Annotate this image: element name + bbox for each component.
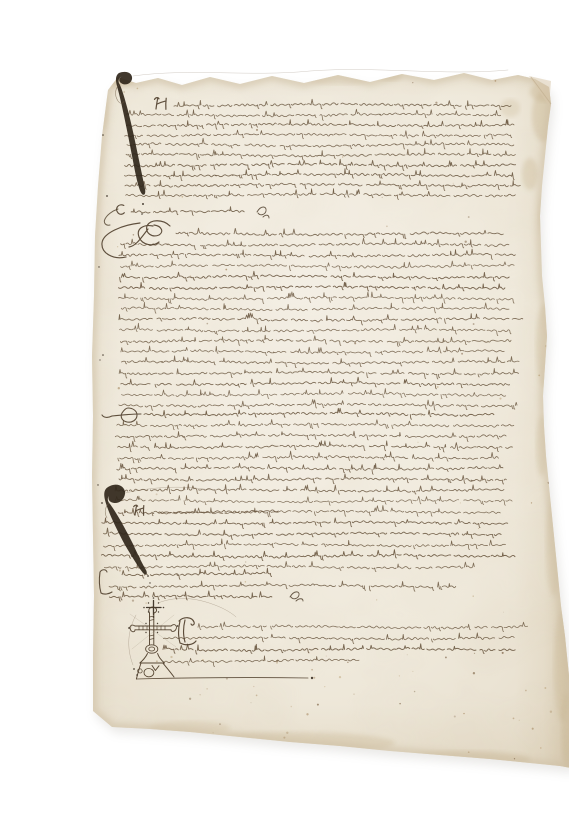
ink-dot-27	[99, 359, 100, 360]
ink-dot-14	[158, 611, 159, 612]
foxing-speck	[531, 502, 532, 503]
foxing-speck	[414, 691, 416, 693]
foxing-speck	[435, 102, 437, 104]
foxing-speck	[156, 493, 158, 495]
foxing-speck	[132, 599, 134, 601]
foxing-speck	[350, 768, 351, 769]
ink-dot-24	[102, 134, 104, 136]
foxing-speck	[407, 654, 408, 655]
foxing-speck	[454, 715, 456, 717]
foxing-speck	[353, 693, 354, 694]
foxing-speck	[189, 698, 191, 700]
foxing-speck	[437, 386, 439, 388]
foxing-speck	[118, 387, 120, 389]
ink-dot-17	[145, 623, 146, 624]
ink-dot-23	[136, 674, 138, 676]
foxing-speck	[306, 713, 308, 715]
ink-dot-6	[101, 502, 103, 504]
foxing-speck	[311, 669, 313, 671]
ink-dot-13	[148, 611, 149, 612]
ink-dot-3	[106, 195, 108, 197]
foxing-speck	[276, 662, 278, 664]
foxing-speck	[219, 723, 221, 725]
foxing-speck	[495, 80, 497, 82]
foxing-speck	[465, 241, 467, 243]
foxing-speck	[145, 602, 147, 604]
ink-dot-25	[98, 266, 99, 267]
foxing-speck	[473, 595, 474, 596]
foxing-speck	[313, 677, 315, 679]
foxing-speck	[286, 732, 288, 734]
foxing-speck	[514, 758, 515, 759]
ink-dot-5	[149, 582, 150, 583]
foxing-speck	[412, 82, 413, 83]
ink-dot-12	[158, 602, 159, 603]
foxing-speck	[468, 216, 470, 218]
foxing-speck	[478, 528, 479, 529]
foxing-speck	[242, 137, 243, 138]
ink-dot-22	[133, 668, 135, 670]
foxing-speck	[386, 225, 388, 227]
ink-dot-2	[141, 213, 143, 215]
foxing-speck	[170, 656, 172, 658]
foxing-speck	[324, 686, 325, 687]
foxing-speck	[181, 196, 183, 198]
foxing-speck	[156, 754, 157, 755]
foxing-speck	[540, 747, 541, 748]
foxing-speck	[418, 769, 419, 770]
foxing-speck	[206, 688, 207, 689]
foxing-speck	[326, 656, 327, 657]
ink-dot-28	[97, 484, 98, 485]
ink-dot-11	[148, 602, 149, 603]
foxing-speck	[463, 713, 464, 714]
foxing-speck	[156, 660, 158, 662]
foxing-speck	[338, 754, 339, 755]
foxing-speck	[468, 751, 470, 753]
foxing-speck	[461, 353, 463, 355]
foxing-speck	[207, 323, 209, 325]
foxing-speck	[270, 125, 271, 126]
foxing-speck	[283, 737, 285, 739]
foxing-speck	[525, 690, 527, 692]
foxing-speck	[343, 585, 344, 586]
foxing-speck	[347, 662, 348, 663]
foxing-speck	[201, 749, 202, 750]
manuscript-photograph	[40, 16, 569, 816]
foxing-speck	[157, 755, 158, 756]
foxing-speck	[256, 129, 258, 131]
initial-1-top-swash	[133, 70, 508, 76]
foxing-speck	[502, 652, 504, 654]
ink-dot-10	[163, 607, 165, 609]
foxing-speck	[200, 694, 201, 695]
foxing-speck	[550, 711, 552, 713]
foxing-speck	[473, 672, 475, 674]
ink-dot-16	[177, 625, 179, 627]
foxing-speck	[306, 769, 307, 770]
foxing-speck	[513, 718, 515, 720]
foxing-speck	[417, 442, 418, 443]
foxing-speck	[399, 703, 401, 705]
ink-dot-19	[145, 632, 146, 633]
foxing-speck	[532, 728, 534, 730]
foxing-speck	[376, 599, 377, 600]
foxing-speck	[453, 183, 454, 184]
ink-dot-15	[128, 627, 130, 629]
foxing-speck	[354, 342, 356, 344]
foxing-speck	[99, 765, 101, 767]
foxing-speck	[519, 720, 520, 721]
ink-dot-4	[147, 575, 149, 577]
foxing-speck	[399, 675, 400, 676]
foxing-speck	[538, 375, 540, 377]
foxing-speck	[137, 88, 139, 90]
ink-dot-8	[153, 616, 155, 618]
foxing-speck	[460, 502, 461, 503]
foxing-speck	[473, 323, 475, 325]
foxing-speck	[499, 398, 501, 400]
foxing-speck	[151, 760, 152, 761]
foxing-speck	[382, 197, 383, 198]
ink-dot-18	[157, 623, 158, 624]
foxing-speck	[245, 562, 246, 563]
foxing-speck	[213, 732, 214, 733]
ink-dot-26	[102, 354, 104, 356]
manuscript-svg	[40, 16, 569, 816]
foxing-speck	[544, 687, 546, 689]
foxing-speck	[225, 269, 227, 271]
foxing-speck	[256, 695, 258, 697]
foxing-speck	[412, 671, 413, 672]
foxing-speck	[245, 581, 246, 582]
foxing-speck	[317, 704, 319, 706]
foxing-speck	[474, 653, 475, 654]
ink-dot-21	[311, 677, 313, 679]
ink-dot-9	[143, 607, 145, 609]
foxing-speck	[421, 415, 423, 417]
foxing-speck	[133, 234, 135, 236]
foxing-speck	[339, 676, 341, 678]
foxing-speck	[291, 706, 293, 708]
foxing-speck	[445, 656, 447, 658]
foxing-speck	[251, 702, 252, 703]
ink-dot-20	[157, 632, 158, 633]
ink-dot-1	[142, 203, 144, 205]
ink-dot-7	[153, 597, 155, 599]
foxing-speck	[119, 570, 121, 572]
foxing-speck	[503, 612, 504, 613]
foxing-speck	[117, 246, 118, 247]
foxing-speck	[253, 686, 254, 687]
foxing-speck	[123, 91, 125, 93]
foxing-speck	[342, 156, 343, 157]
